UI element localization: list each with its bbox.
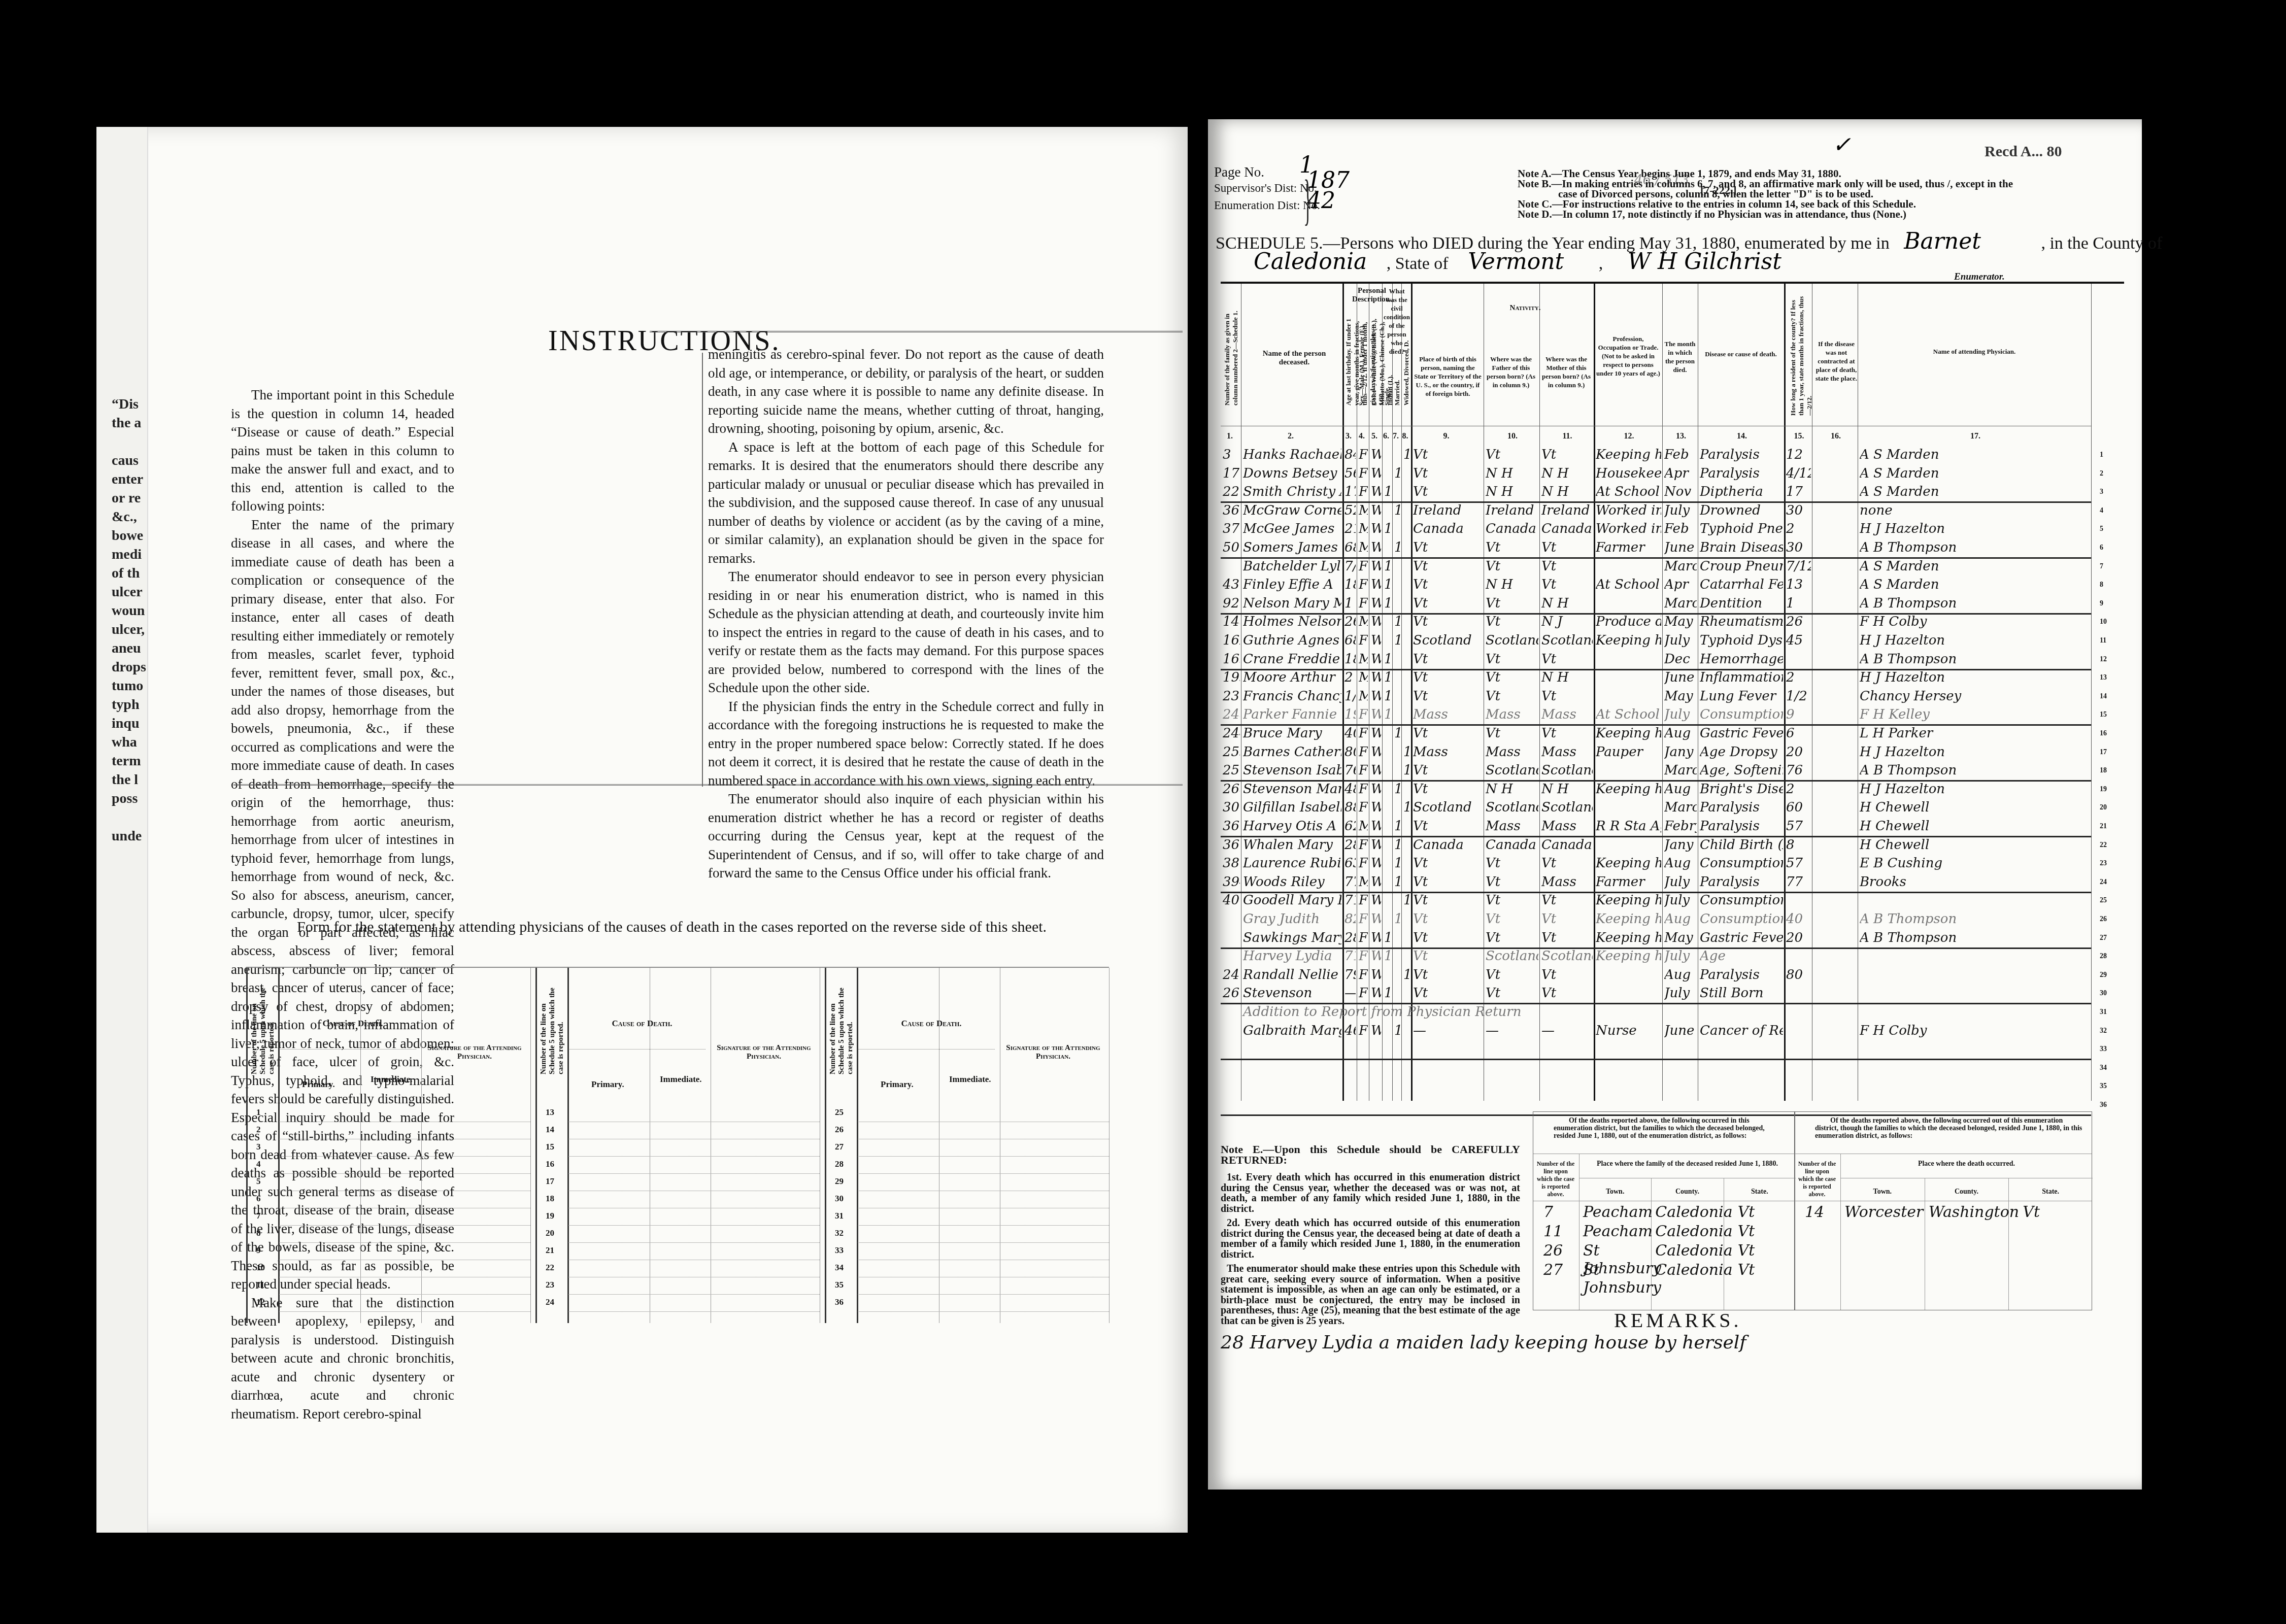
cell-age: 71 (1344, 949, 1356, 964)
cell-month: July (1664, 503, 1697, 518)
cell-occ: Worked in Mill (1596, 521, 1661, 536)
cell-father: Vt (1486, 614, 1538, 629)
cell-resid: 4/12 (1786, 466, 1811, 481)
cell-month: Nov (1664, 484, 1697, 499)
cell-month: Aug (1664, 967, 1697, 983)
cell-father: Vt (1486, 911, 1538, 927)
cell-phys: A B Thompson (1860, 930, 2090, 945)
cell-cause: Consumption (1700, 893, 1783, 908)
cell-birth: — (1413, 1023, 1483, 1038)
cell-state: Vt (1738, 1242, 1755, 1260)
cell-state: Vt (1738, 1203, 1755, 1221)
table-row: 267Stevenson—FW1VtVtVtJulyStill Born (1221, 985, 2091, 1004)
instruction-paragraph: If the physician finds the entry in the … (708, 697, 1104, 790)
edge-strip-fragment: aneu (112, 639, 141, 658)
line-number: 8 (2100, 581, 2103, 589)
form-row-line (858, 1242, 1109, 1243)
cell-month: Dec (1664, 652, 1697, 667)
cell-county: Washington (1929, 1203, 2008, 1221)
cell-phys: A B Thompson (1860, 911, 2090, 927)
cell-fam: 361 (1223, 837, 1240, 853)
cell-resid: 40 (1786, 911, 1811, 927)
cell-color: W (1371, 967, 1381, 983)
cell-month: May (1664, 930, 1697, 945)
cell-occ: Keeping house (1596, 447, 1661, 462)
table-row: 361Whalen Mary28FW1CanadaCanadaCanadaJan… (1221, 836, 2091, 855)
instruction-paragraph: The enumerator should endeavor to see in… (708, 567, 1104, 697)
table-row: Galbraith Margret46FW1———NurseJuneCancer… (1221, 1022, 2091, 1040)
cell-father: Vt (1486, 652, 1538, 667)
cell-occ: Farmer (1596, 540, 1661, 555)
cell-sex: M (1359, 670, 1368, 685)
rule (1579, 1178, 1796, 1178)
cell-fam: 394 (1223, 874, 1240, 890)
table-row: 246Randall Nellie79FW1VtVtVtAugParalysis… (1221, 966, 2091, 985)
cell-age: 40 (1344, 726, 1356, 741)
column-line (1000, 968, 1000, 1323)
cell-month: Apr (1664, 577, 1697, 592)
cell-month: March (1664, 559, 1697, 574)
cell-color: W (1371, 837, 1381, 853)
note-e-heading: Note E.—Upon this Schedule should be CAR… (1221, 1144, 1520, 1165)
edge-strip-fragment: enter (112, 470, 143, 489)
line-number: 29 (2100, 971, 2107, 979)
county-label: , in the County of (2041, 234, 2162, 253)
edge-strip-fragment: ulcer, (112, 620, 145, 639)
instruction-paragraph: A space is left at the bottom of each pa… (708, 438, 1104, 568)
cell-fam: 380 (1223, 856, 1240, 871)
cell-color: W (1371, 521, 1381, 536)
remarks-text: 28 Harvey Lydia a maiden lady keeping ho… (1221, 1332, 1746, 1353)
cell-father: Vt (1486, 670, 1538, 685)
cell-mother: N H (1541, 670, 1593, 685)
cell-resid: 76 (1786, 763, 1811, 778)
town-header: Town. (1840, 1188, 1925, 1196)
cell-father: N H (1486, 484, 1538, 499)
line-number: 11 (2100, 637, 2106, 645)
rule (1925, 1178, 1925, 1310)
cell-color: W (1371, 577, 1381, 592)
supervisor-dist-label: Supervisor's Dist: No. (1214, 182, 1317, 195)
cell-month: Apr (1664, 466, 1697, 481)
cell-father: Vt (1486, 874, 1538, 890)
cell-resid: 20 (1786, 930, 1811, 945)
cell-name: Finley Effie A (1243, 577, 1341, 592)
cell-name: Galbraith Margret (1243, 1023, 1341, 1038)
cell-sex: F (1359, 466, 1368, 481)
column-line (530, 968, 531, 1323)
table-row: 148Holmes Nelson G26MW1VtVtN JProduce de… (1221, 613, 2091, 631)
cell-fam: 257 (1223, 763, 1240, 778)
cell-sex: F (1359, 949, 1368, 964)
cell-cause: Paralysis (1700, 800, 1783, 815)
cell-occ: Keeping house (1596, 856, 1661, 871)
cell-birth: Vt (1413, 540, 1483, 555)
cell-phys: F H Colby (1860, 1023, 2090, 1038)
cell-fam: 37 (1223, 521, 1240, 536)
cell-month: Jany (1664, 745, 1697, 760)
cell-sex: F (1359, 726, 1368, 741)
cell-resid: 1 (1786, 596, 1811, 611)
cell-fam: 17 (1223, 466, 1240, 481)
cell-month: July (1664, 949, 1697, 964)
cell-name: Whalen Mary (1243, 837, 1341, 853)
column-number: 12. (1624, 432, 1634, 441)
cell-cause: Rheumatism of Heart (1700, 614, 1783, 629)
physician-form-block: Number of the line on Schedule 5 upon wh… (535, 968, 825, 1323)
instruction-paragraph: The important point in this Schedule is … (231, 386, 454, 516)
rule (2008, 1178, 2009, 1310)
form-row-number: 6 (256, 1194, 261, 1204)
cell-age: 1 (1344, 596, 1356, 611)
cell-name: Goodell Mary B (1243, 893, 1341, 908)
cell-month: July (1664, 986, 1697, 1001)
cell-color: W (1371, 911, 1381, 927)
cell-fam: 244 (1223, 726, 1240, 741)
cell-name: McGraw Cornelius (1243, 503, 1341, 518)
cell-widowed: 1 (1403, 800, 1410, 815)
cell-name: Stevenson Margaret J (1243, 782, 1341, 797)
town-header: Town. (1579, 1188, 1651, 1196)
header-nativity: Nativity. (1474, 304, 1576, 313)
cell-father: Vt (1486, 967, 1538, 983)
form-row-line (568, 1173, 820, 1174)
cell-age: 80 (1344, 745, 1356, 760)
column-number: 8. (1402, 432, 1408, 441)
form-row-number: 26 (835, 1125, 844, 1135)
cell-sex: F (1359, 986, 1368, 1001)
note-d: Note D.—In column 17, note distinctly if… (1518, 208, 1906, 221)
form-row-line (858, 1208, 1109, 1208)
cell-married: 1 (1394, 466, 1400, 481)
cell-name: Stevenson Isabella (1243, 763, 1341, 778)
cell-birth: Vt (1413, 559, 1483, 574)
cell-birth: Vt (1413, 670, 1483, 685)
occurred-out-table: Of the deaths reported above, the follow… (1794, 1111, 2092, 1310)
cell-resid: 1/2 (1786, 689, 1811, 704)
cell-name: McGee James (1243, 521, 1341, 536)
cell-phys: A B Thompson (1860, 540, 2090, 555)
cell-color: W (1371, 503, 1381, 518)
cell-married: 1 (1394, 819, 1400, 834)
cell-name: Gilfillan Isabella (1243, 800, 1341, 815)
edge-strip-fragment: caus (112, 451, 139, 470)
rule (1795, 1154, 2092, 1154)
cell-phys: F H Colby (1860, 614, 2090, 629)
cell-line: 26 (1543, 1242, 1563, 1260)
cell-birth: Canada (1413, 521, 1483, 536)
cell-phys: H Chewell (1860, 800, 2090, 815)
cell-month: June (1664, 670, 1697, 685)
cell-age: 28 (1344, 837, 1356, 853)
column-number: 11. (1563, 432, 1572, 441)
physician-form-block: Number of the line on Schedule 5 upon wh… (246, 968, 535, 1323)
cell-name: Laurence Rubie B (1243, 856, 1341, 871)
cell-color: W (1371, 986, 1381, 1001)
cell-county: Caledonia (1655, 1242, 1722, 1260)
cell-fam: 301 (1223, 800, 1240, 815)
cell-single: 1 (1384, 577, 1391, 592)
edge-strip-fragment: the l (112, 770, 138, 789)
cell-birth: Vt (1413, 949, 1483, 964)
cell-father: Vt (1486, 447, 1538, 462)
cell-mother: Vt (1541, 689, 1593, 704)
form-row-line (568, 1294, 820, 1295)
table-row: 394Woods Riley77MW1VtVtMassFarmerJulyPar… (1221, 873, 2091, 893)
cell-age: 19 (1344, 707, 1356, 722)
cell-color: W (1371, 707, 1381, 722)
line-header: Number of the line upon which the case i… (1797, 1160, 1837, 1198)
column-line (1109, 968, 1110, 1323)
cell-occ: R R Sta Agt (1596, 819, 1661, 834)
column-number: 10. (1507, 432, 1518, 441)
cell-color: W (1371, 670, 1381, 685)
cell-married: 1 (1394, 726, 1400, 741)
form-row-line (568, 1277, 820, 1277)
form-row-number: 20 (546, 1228, 554, 1238)
cell-married: 1 (1394, 503, 1400, 518)
cell-married: 1 (1394, 1023, 1400, 1038)
cell-phys: H J Hazelton (1860, 521, 2090, 536)
form-row-number: 35 (835, 1280, 844, 1290)
line-number: 22 (2100, 841, 2107, 850)
cell-birth: Mass (1413, 707, 1483, 722)
form-row-number: 17 (546, 1176, 554, 1187)
cell-widowed: 1 (1403, 893, 1410, 908)
table-row: Addition to Report from Physician Return (1221, 1003, 2091, 1022)
column-line (421, 968, 422, 1323)
header-family-number: Number of the family as given in column … (1223, 294, 1239, 405)
cell-resid: 57 (1786, 819, 1811, 834)
cell-month: March (1664, 763, 1697, 778)
table-row: 50Somers James68MW1VtVtVtFarmerJuneBrain… (1221, 539, 2091, 559)
line-number: 20 (2100, 804, 2107, 812)
cell-phys: A S Marden (1860, 484, 2090, 499)
form-row-number: 14 (546, 1125, 554, 1135)
cell-married: 1 (1394, 782, 1400, 797)
form-row-line (858, 1277, 1109, 1277)
county-name: Caledonia (1254, 249, 1367, 275)
edge-strip-fragment: “Dis (112, 395, 139, 414)
cell-single: 1 (1384, 596, 1391, 611)
cell-single: 1 (1384, 670, 1391, 685)
form-row-number: 16 (546, 1159, 554, 1169)
cell-cause: Paralysis (1700, 466, 1783, 481)
table-row: 257Stevenson Isabella76FW1VtScotlandScot… (1221, 762, 2091, 782)
cell-county: Caledonia (1655, 1203, 1722, 1221)
cell-fam: 162 (1223, 633, 1240, 648)
cell-birth: Vt (1413, 930, 1483, 945)
line-number-header: Number of the line on Schedule 5 upon wh… (540, 978, 565, 1074)
cell-phys: H J Hazelton (1860, 782, 2090, 797)
cell-sex: F (1359, 707, 1368, 722)
cell-mother: Scotland (1541, 800, 1593, 815)
cell-color: W (1371, 596, 1381, 611)
table-row: Harvey Lydia71FW1VtScotlandScotlandKeepi… (1221, 948, 2091, 966)
cell-cause: Age Dropsy (1700, 745, 1783, 760)
cell-mother: Vt (1541, 577, 1593, 592)
cell-age: 76 (1344, 763, 1356, 778)
cell-sex: F (1359, 893, 1368, 908)
edge-strip-fragment: drops (112, 658, 146, 676)
cell-phys: H J Hazelton (1860, 670, 2090, 685)
table-row: Batchelder Lyliah7/12FW1VtVtVtMarchCroup… (1221, 558, 2091, 576)
edge-strip-fragment: unde (112, 827, 142, 845)
cell-mother: Mass (1541, 707, 1593, 722)
cell-cause: Bright's Disease (1700, 782, 1783, 797)
line-header: Number of the line upon which the case i… (1535, 1160, 1576, 1198)
cell-mother: — (1541, 1023, 1593, 1038)
instruction-paragraph: meningitis as cerebro-spinal fever. Do n… (708, 345, 1104, 438)
cell-age: — (1344, 986, 1356, 1001)
cell-name: Smith Christy A (1243, 484, 1341, 499)
cell-occ: Keeping house (1596, 782, 1661, 797)
cell-mother: N H (1541, 596, 1593, 611)
cell-birth: Vt (1413, 614, 1483, 629)
cell-sex: F (1359, 911, 1368, 927)
cell-month: Feb (1664, 447, 1697, 462)
column-number: 7. (1393, 432, 1399, 441)
line-number: 23 (2100, 860, 2107, 868)
cell-birth: Vt (1413, 652, 1483, 667)
cell-name: Sawkings Mary (1243, 930, 1341, 945)
table-row: 380Laurence Rubie B63FW1VtVtVtKeeping ho… (1221, 855, 2091, 873)
cell-age: 62 (1344, 819, 1356, 834)
cell-resid: 17 (1786, 484, 1811, 499)
line-number: 26 (2100, 916, 2107, 924)
cell-cause: Diptheria (1700, 484, 1783, 499)
line-number: 14 (2100, 693, 2107, 701)
instruction-paragraph: The enumerator should also inquire of ea… (708, 790, 1104, 883)
cell-father: Mass (1486, 819, 1538, 834)
cell-widowed: 1 (1403, 447, 1410, 462)
form-row-line (858, 1191, 1109, 1191)
cell-month: May (1664, 614, 1697, 629)
cell-fam: 248 (1223, 707, 1240, 722)
immediate-header: Immediate. (660, 1074, 702, 1085)
cell-cause: Consumption (1700, 707, 1783, 722)
cell-father: — (1486, 1023, 1538, 1038)
cell-father: Ireland (1486, 503, 1538, 518)
form-row-line (858, 1260, 1109, 1260)
form-row-number: 33 (835, 1245, 844, 1256)
cell-widowed: 1 (1403, 763, 1410, 778)
cell-age: 28 (1344, 930, 1356, 945)
cell-birth: Mass (1413, 745, 1483, 760)
column-number: 16. (1831, 432, 1841, 441)
immediate-header: Immediate. (371, 1074, 413, 1085)
cell-cause: Croup Pneumonia (1700, 559, 1783, 574)
column-number: 13. (1676, 432, 1686, 441)
cell-resid: 30 (1786, 503, 1811, 518)
cell-sex: F (1359, 484, 1368, 499)
page-no-label: Page No. (1214, 164, 1264, 180)
cell-father: Vt (1486, 559, 1538, 574)
line-number: 24 (2100, 878, 2107, 887)
form-row-line (568, 1260, 820, 1260)
form-row-number: 32 (835, 1228, 844, 1238)
cell-name: Harvey Lydia (1243, 949, 1341, 964)
column-number: 4. (1359, 432, 1365, 441)
instructions-bottom-rule (233, 784, 1183, 786)
cell-fam: 50 (1223, 540, 1240, 555)
cell-resid: 20 (1786, 745, 1811, 760)
edge-strip-fragment: medi (112, 545, 142, 564)
cell-age: 26 (1344, 614, 1356, 629)
cell-mother: Vt (1541, 893, 1593, 908)
line-number: 18 (2100, 767, 2107, 775)
cell-age: 18/30 (1344, 652, 1356, 667)
cell-mother: Vt (1541, 540, 1593, 555)
edge-strip-fragment: inqu (112, 714, 140, 733)
cell-father: Vt (1486, 986, 1538, 1001)
cell-color: W (1371, 949, 1381, 964)
cell-resid: 57 (1786, 856, 1811, 871)
cell-age: 17 (1344, 484, 1356, 499)
cell-age: 52 (1344, 503, 1356, 518)
cell-mother: Vt (1541, 559, 1593, 574)
cell-cause: Drowned (1700, 503, 1783, 518)
cell-cause: Child Birth (Abortion) (1700, 837, 1783, 853)
cell-occ: Farmer (1596, 874, 1661, 890)
cell-sex: F (1359, 447, 1368, 462)
cell-sex: F (1359, 745, 1368, 760)
cell-name: Holmes Nelson G (1243, 614, 1341, 629)
cell-sex: M (1359, 521, 1368, 536)
cell-name: Batchelder Lyliah (1243, 559, 1341, 574)
line-number: 36 (2100, 1101, 2107, 1109)
cell-father: Scotland (1486, 949, 1538, 964)
form-row-number: 24 (546, 1297, 554, 1307)
cell-fam: 239 (1223, 689, 1240, 704)
line-number: 9 (2100, 600, 2103, 608)
header-occupation: Profession, Occupation or Trade. (Not to… (1596, 334, 1660, 378)
cell-occ: At School (1596, 577, 1661, 592)
cell-color: W (1371, 763, 1381, 778)
cell-color: W (1371, 800, 1381, 815)
cell-mother: N H (1541, 782, 1593, 797)
header-cause: Disease or cause of death. (1700, 350, 1781, 358)
remarks-title: REMARKS. (1614, 1308, 1741, 1332)
cell-single: 1 (1384, 949, 1391, 964)
cell-line: 27 (1543, 1261, 1563, 1279)
cell-name: Gray Judith (1243, 911, 1341, 927)
cell-occ: Keeping house (1596, 726, 1661, 741)
edge-strip-fragment: typh (112, 695, 139, 714)
form-row-line (568, 1139, 820, 1139)
rule (1533, 1201, 1795, 1201)
cell-name: Parker Fannie (1243, 707, 1341, 722)
form-row-number: 27 (835, 1142, 844, 1152)
edge-strip-fragment: tumo (112, 676, 143, 695)
subtable-caption: Of the deaths reported above, the follow… (1554, 1117, 1786, 1140)
cell-resid: 7/12 (1786, 559, 1811, 574)
resided-out-table: Of the deaths reported above, the follow… (1533, 1111, 1795, 1310)
column-number: 2. (1288, 432, 1294, 441)
cell-cause: Brain Disease (1700, 540, 1783, 555)
cell-resid: 9 (1786, 707, 1811, 722)
column-number: 6. (1383, 432, 1389, 441)
cell-single: 1 (1384, 930, 1391, 945)
cell-single: 1 (1384, 689, 1391, 704)
column-line (650, 968, 650, 1323)
cell-father: Vt (1486, 540, 1538, 555)
cell-county: Caledonia (1655, 1223, 1722, 1240)
form-row-number: 30 (835, 1194, 844, 1204)
form-row-line (279, 1277, 530, 1277)
rule (1795, 1201, 2092, 1201)
cell-occ: At School (1596, 707, 1661, 722)
